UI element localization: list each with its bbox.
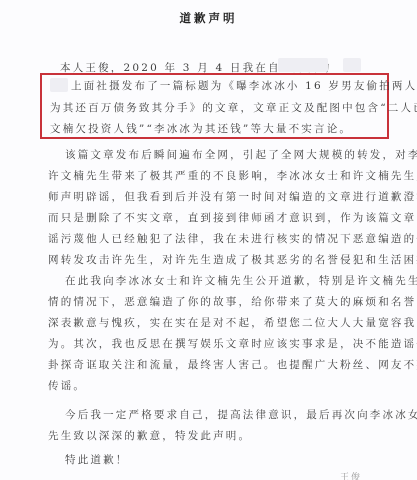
redacted-region — [278, 58, 328, 72]
paragraph-2-line-3: 师声明辟谣，但我看到后并没有第一时间对编造的文章进行道歉澄清，消除影响， — [48, 190, 417, 204]
paragraph-1-line-3: 文楠欠投资人钱”“李冰冰为其还钱”等大量不实言论。 — [50, 122, 352, 136]
paragraph-3-line-3: 深表歉意与愧疚，实在实在是对不起，希望您二位大人大量宽容我，原谅我的行 — [48, 316, 417, 330]
paragraph-2-line-1: 该篇文章发布后瞬间遍布全网，引起了全网大规模的转发，对李冰冰女士和 — [65, 148, 417, 162]
document-page: 道歉声明 本人王俊，2020 年 3 月 4 日我在自己开设的 上面社摄发布了一… — [0, 0, 417, 480]
paragraph-2-line-5: 谣污蔑他人已经触犯了法律，我在未进行核实的情况下恶意编造的假新闻导致全 — [48, 232, 417, 246]
paragraph-3-line-1: 在此我向李冰冰女士和许文楠先生公开道歉，特别是许文楠先生，我在不知 — [65, 274, 417, 288]
paragraph-1-line-2: 为其还百万债务致其分手》的文章，文章正文及配图中包含“二人已分手”“许 — [50, 101, 417, 115]
paragraph-4-line-2: 先生致以深深的歉意，特发此声明。 — [48, 429, 251, 443]
redacted-region — [50, 78, 68, 92]
paragraph-2-line-4: 而只是删除了不实文章，直到接到律师函才意识到，作为该篇文章的原发方，造 — [48, 211, 417, 225]
paragraph-1-line-1: 上面社摄发布了一篇标题为《曝李冰冰小 16 岁男友偷拍两人亲密照，女方 — [71, 79, 417, 93]
document-title: 道歉声明 — [0, 10, 417, 26]
paragraph-3-line-2: 情的情况下，恶意编造了你的故事，给你带来了莫大的麻烦和名誉的伤害，对此 — [48, 295, 417, 309]
paragraph-3-line-5: 卦探奇诓取关注和流量，最终害人害己。也提醒广大粉丝、网友不要信谣，不要 — [48, 358, 417, 372]
paragraph-3-line-6: 传谣。 — [48, 379, 86, 393]
paragraph-4-line-1: 今后我一定严格要求自己，提高法律意识，最后再次向李冰冰女士和许文楠 — [65, 408, 417, 422]
redacted-region — [343, 58, 361, 72]
paragraph-3-line-4: 为。其次，我也反思在撰写娱乐文章时应该实事求是，决不能造谣传谣，利用八 — [48, 337, 417, 351]
paragraph-2-line-2: 许文楠先生带来了极其严重的不良影响，李冰冰女士和许文楠先生为此发布了律 — [48, 169, 417, 183]
paragraph-2-line-6: 网转发攻击许先生，对许先生造成了极其恶劣的名誉侵犯和生活困扰。 — [48, 253, 417, 267]
closing-line: 特此道歉！ — [65, 453, 129, 467]
signature: 王俊 — [340, 470, 362, 480]
